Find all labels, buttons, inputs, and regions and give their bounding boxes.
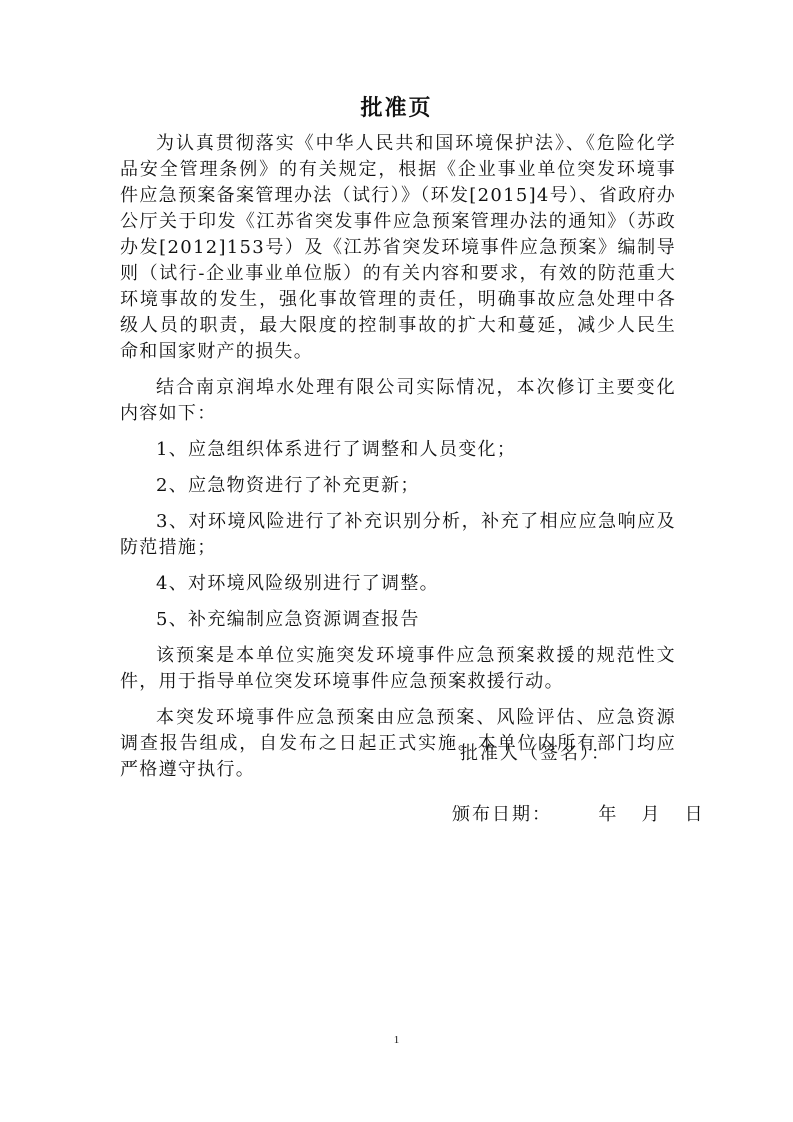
page-title: 批准页 bbox=[0, 94, 793, 124]
paragraph-purpose: 为认真贯彻落实《中华人民共和国环境保护法》、《危险化学品安全管理条例》的有关规定… bbox=[120, 131, 676, 365]
list-item-1: 1、应急组织体系进行了调整和人员变化； bbox=[120, 437, 676, 463]
approver-signature-label: 批准人（签名）： bbox=[460, 741, 611, 767]
document-body: 为认真贯彻落实《中华人民共和国环境保护法》、《危险化学品安全管理条例》的有关规定… bbox=[120, 131, 676, 783]
paragraph-scope: 该预案是本单位实施突发环境事件应急预案救援的规范性文件，用于指导单位突发环境事件… bbox=[120, 643, 676, 695]
list-item-4: 4、对环境风险级别进行了调整。 bbox=[120, 571, 676, 597]
list-item-2: 2、应急物资进行了补充更新； bbox=[120, 473, 676, 499]
list-item-5: 5、补充编制应急资源调查报告 bbox=[120, 607, 676, 633]
document-page: 批准页 为认真贯彻落实《中华人民共和国环境保护法》、《危险化学品安全管理条例》的… bbox=[0, 0, 793, 1122]
page-number: 1 bbox=[0, 1034, 793, 1046]
paragraph-revision-intro: 结合南京润埠水处理有限公司实际情况，本次修订主要变化内容如下： bbox=[120, 375, 676, 427]
list-item-3: 3、对环境风险进行了补充识别分析，补充了相应应急响应及防范措施； bbox=[120, 509, 676, 561]
issue-date-label: 颁布日期： 年 月 日 bbox=[452, 802, 705, 828]
